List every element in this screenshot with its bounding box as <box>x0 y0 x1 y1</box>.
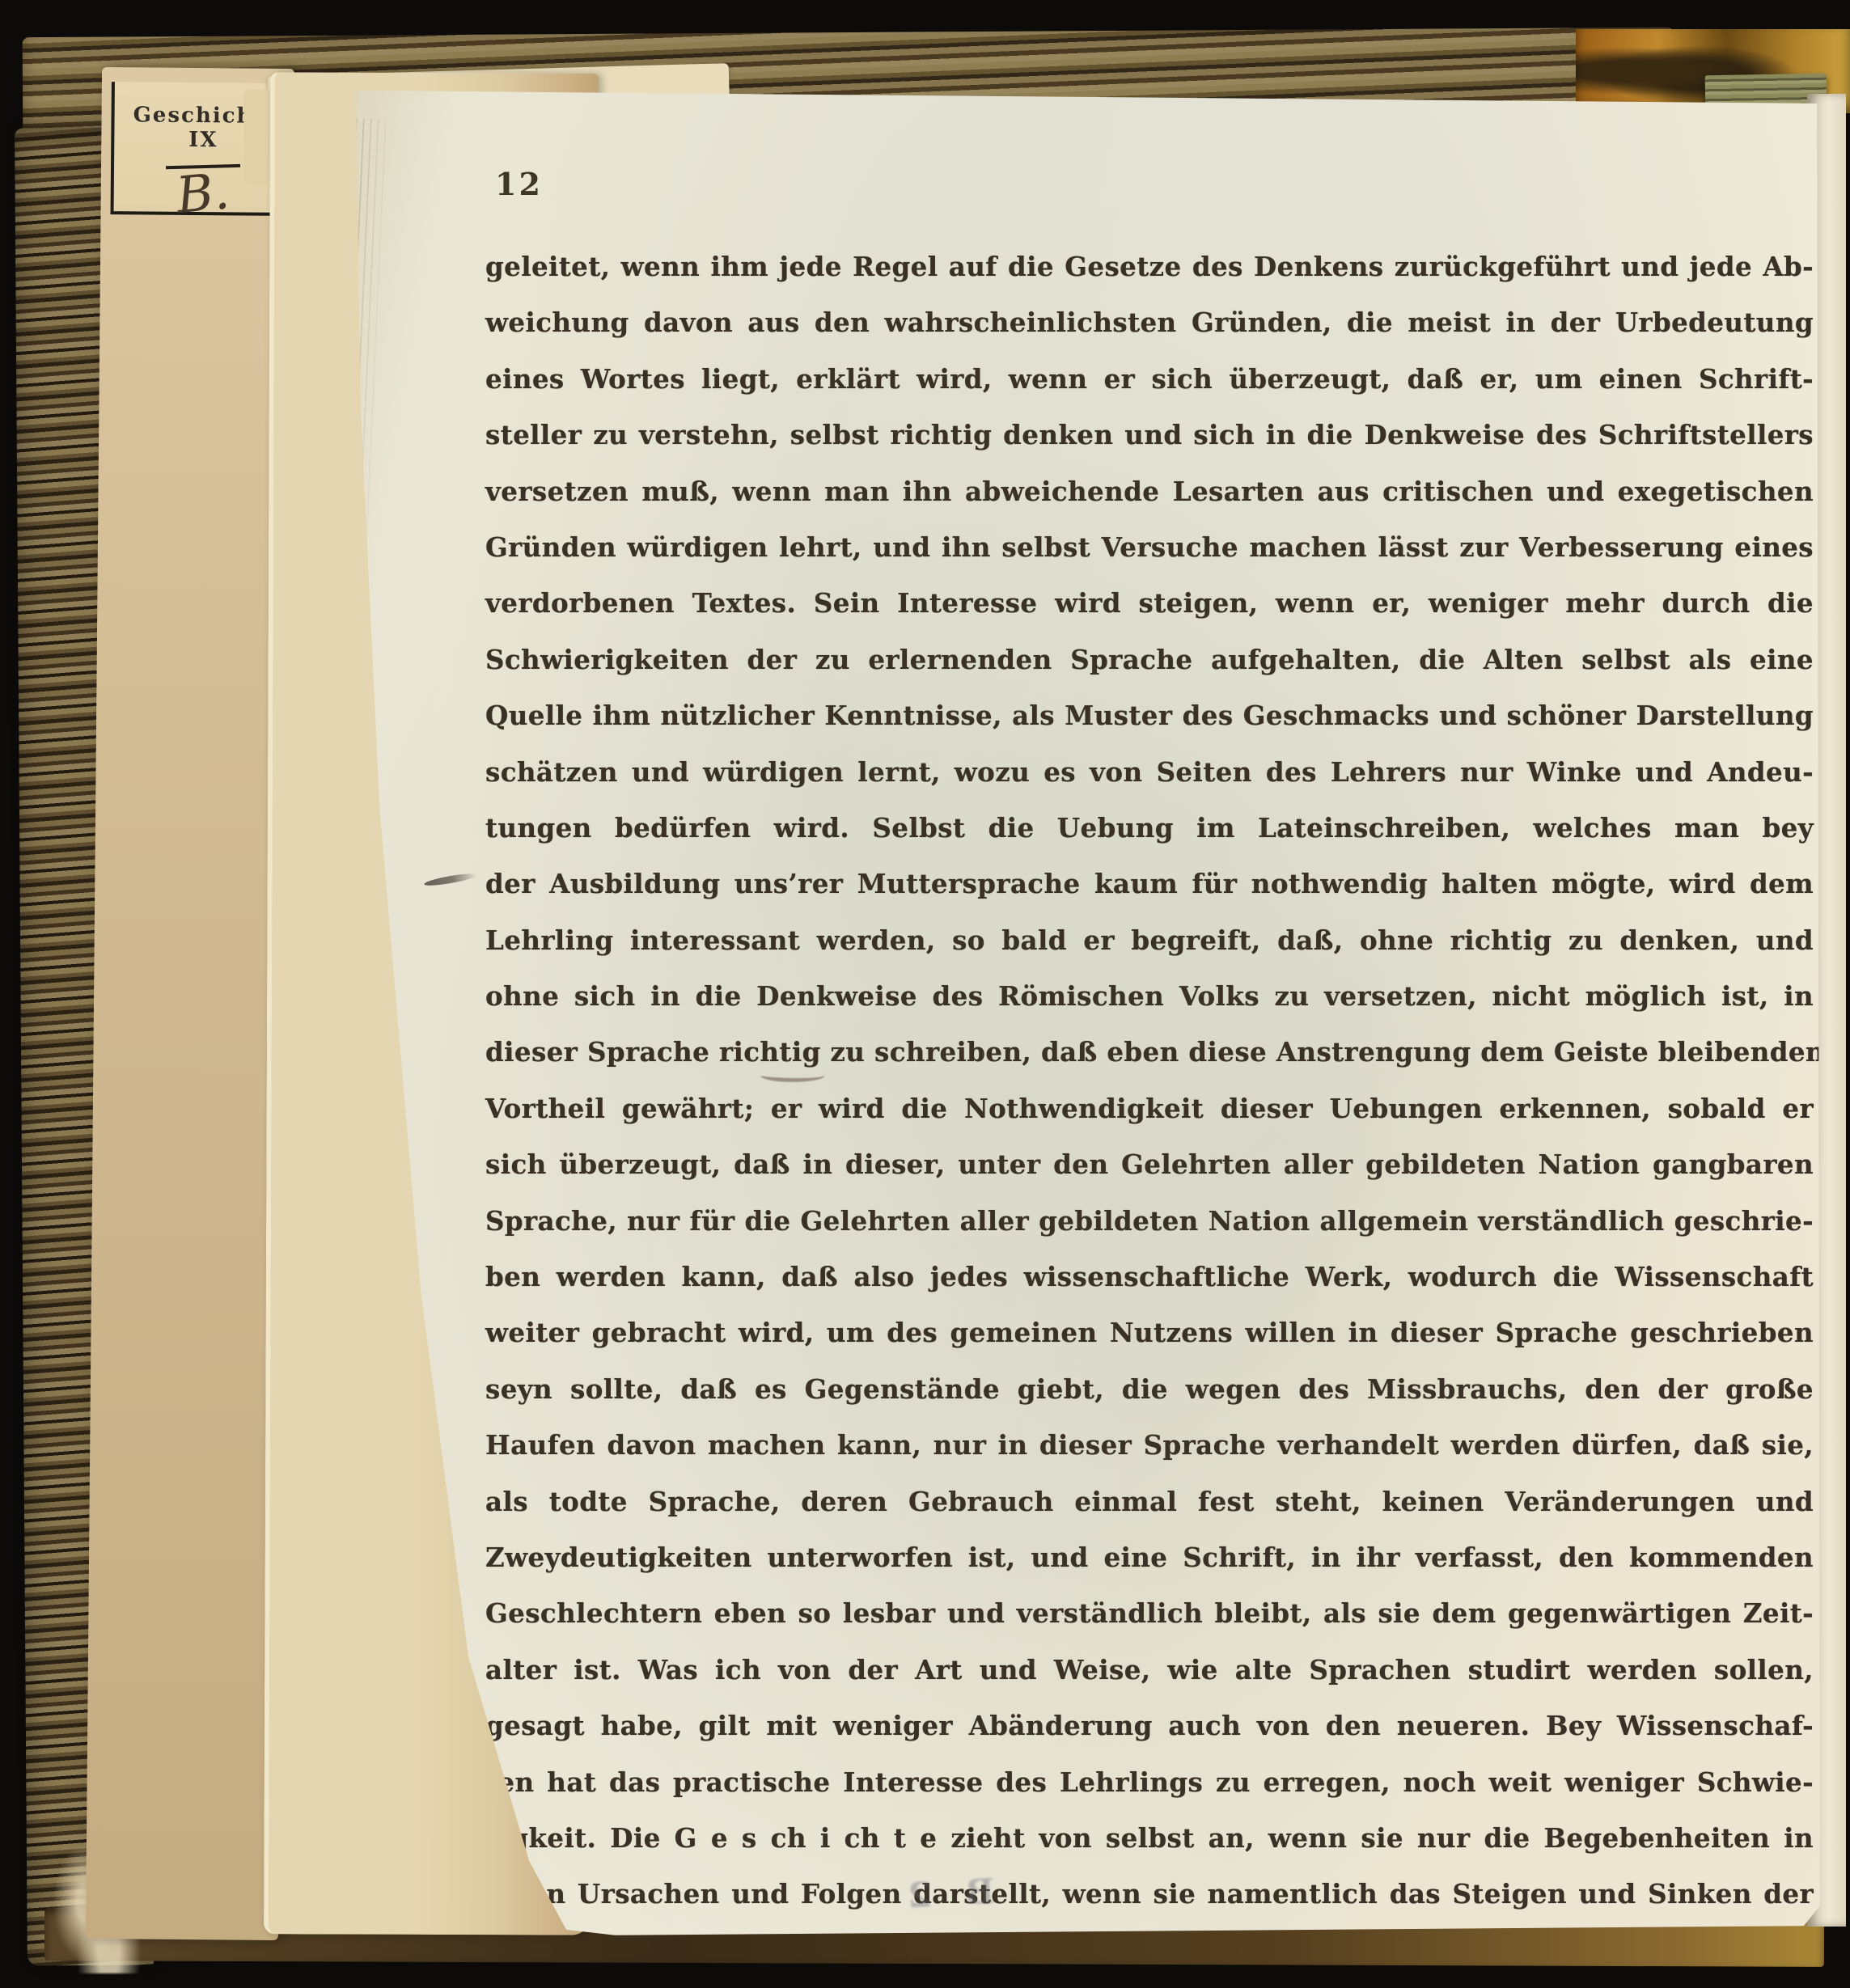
text-line: schätzen und würdigen lernt, wozu es von… <box>485 744 1814 800</box>
text-line: steller zu verstehn, selbst richtig denk… <box>485 407 1814 463</box>
book-page: 12 geleitet, wenn ihm jede Regel auf die… <box>340 85 1820 1937</box>
page-number: 12 <box>495 166 543 202</box>
text-line: Zweydeutigkeiten unterworfen ist, und ei… <box>485 1529 1814 1585</box>
text-line: Lehrling interessant werden, so bald er … <box>485 912 1814 968</box>
text-line: Vortheil gewährt; er wird die Nothwendig… <box>485 1081 1814 1136</box>
text-line: Schwierigkeiten der zu erlernenden Sprac… <box>485 632 1814 687</box>
text-block: geleitet, wenn ihm jede Regel auf die Ge… <box>485 239 1814 1922</box>
text-line: ten hat das practische Interesse des Leh… <box>485 1754 1814 1810</box>
text-line: ohne sich in die Denkweise des Römischen… <box>485 968 1814 1024</box>
text-line: seyn sollte, daß es Gegenstände giebt, d… <box>485 1361 1814 1417</box>
text-line: geleitet, wenn ihm jede Regel auf die Ge… <box>485 239 1814 294</box>
text-line: weichung davon aus den wahrscheinlichste… <box>485 294 1814 350</box>
text-line: eines Wortes liegt, erklärt wird, wenn e… <box>485 351 1814 407</box>
text-line: Haufen davon machen kann, nur in dieser … <box>485 1417 1814 1473</box>
pencil-margin-mark <box>424 871 478 887</box>
text-line: Quelle ihm nützlicher Kenntnisse, als Mu… <box>485 687 1814 743</box>
text-line: ihren Ursachen und Folgen darstellt, wen… <box>485 1866 1814 1922</box>
text-line: dieser Sprache richtig zu schreiben, daß… <box>485 1024 1814 1080</box>
flyleaf: Geschicht. IX B. <box>86 67 294 1940</box>
text-line: verdorbenen Textes. Sein Interesse wird … <box>485 575 1814 631</box>
text-line: Sprache, nur für die Gelehrten aller geb… <box>485 1193 1814 1249</box>
text-line: weiter gebracht wird, um des gemeinen Nu… <box>485 1305 1814 1360</box>
text-line: der Ausbildung uns’rer Muttersprache kau… <box>485 856 1814 912</box>
text-line: sich überzeugt, daß in dieser, unter den… <box>485 1136 1814 1192</box>
text-line: versetzen muß, wenn man ihn abweichende … <box>485 463 1814 519</box>
text-line: rigkeit. Die G e s ch i ch t e zieht von… <box>485 1810 1814 1866</box>
ghost-signature-bleedthrough: B 2 <box>895 1872 996 1916</box>
text-line: alter ist. Was ich von der Art und Weise… <box>485 1642 1814 1698</box>
text-line: ben werden kann, daß also jedes wissensc… <box>485 1249 1814 1305</box>
text-line: als todte Sprache, deren Gebrauch einmal… <box>485 1474 1814 1529</box>
text-line: tungen bedürfen wird. Selbst die Uebung … <box>485 800 1814 856</box>
text-line: Gründen würdigen lehrt, und ihn selbst V… <box>485 519 1814 575</box>
text-line: gesagt habe, gilt mit weniger Abänderung… <box>485 1698 1814 1753</box>
text-line: Geschlechtern eben so lesbar und verstän… <box>485 1585 1814 1641</box>
